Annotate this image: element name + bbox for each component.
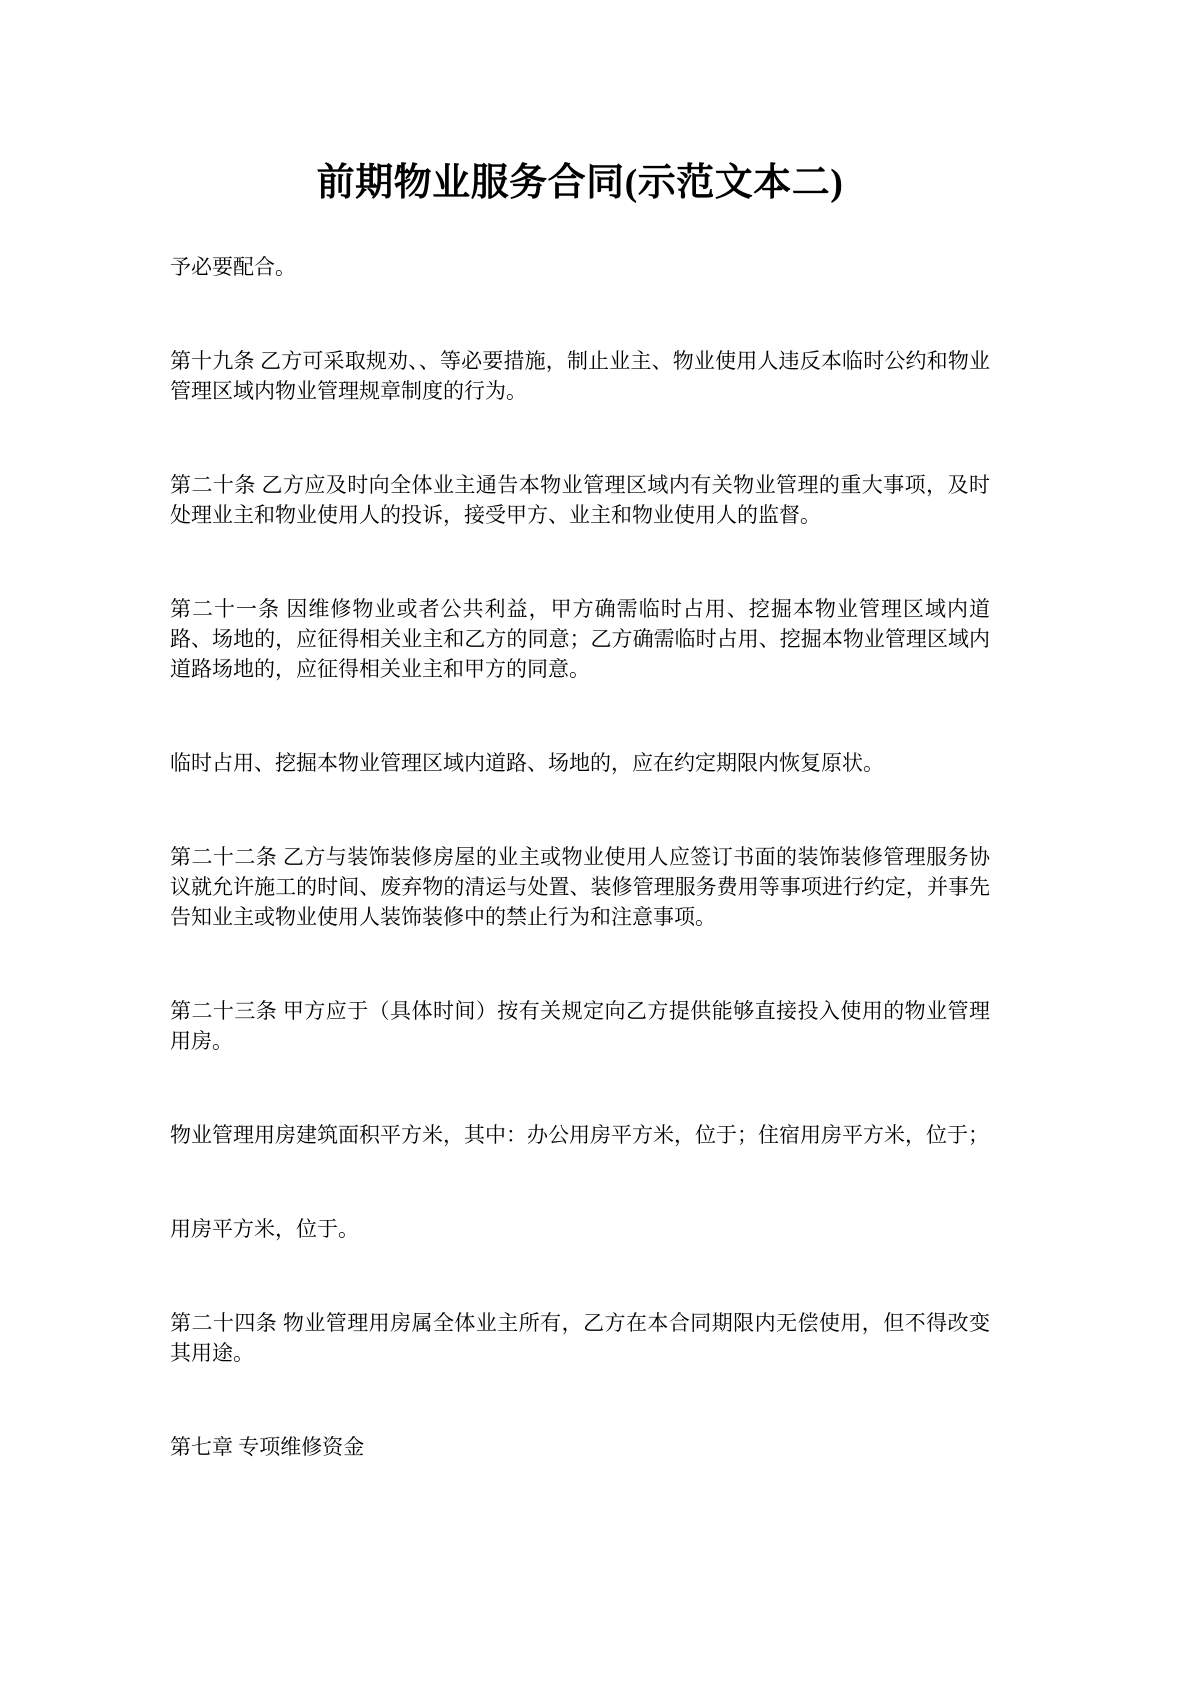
document-title: 前期物业服务合同(示范文本二) xyxy=(170,158,990,208)
paragraph-article-21-supplement: 临时占用、挖掘本物业管理区域内道路、场地的，应在约定期限内恢复原状。 xyxy=(170,748,990,778)
paragraph-intro-fragment: 予必要配合。 xyxy=(170,252,990,282)
document-content: 前期物业服务合同(示范文本二) 予必要配合。 第十九条 乙方可采取规劝、、等必要… xyxy=(0,0,1190,1462)
document-page: 前期物业服务合同(示范文本二) 予必要配合。 第十九条 乙方可采取规劝、、等必要… xyxy=(0,0,1190,1683)
paragraph-management-housing-area: 物业管理用房建筑面积平方米，其中：办公用房平方米，位于；住宿用房平方米，位于； xyxy=(170,1120,990,1150)
paragraph-article-20: 第二十条 乙方应及时向全体业主通告本物业管理区域内有关物业管理的重大事项，及时处… xyxy=(170,470,990,530)
paragraph-article-19: 第十九条 乙方可采取规劝、、等必要措施，制止业主、物业使用人违反本临时公约和物业… xyxy=(170,346,990,406)
paragraph-article-22: 第二十二条 乙方与装饰装修房屋的业主或物业使用人应签订书面的装饰装修管理服务协议… xyxy=(170,842,990,932)
paragraph-housing-location-fragment: 用房平方米，位于。 xyxy=(170,1214,990,1244)
paragraph-article-21: 第二十一条 因维修物业或者公共利益，甲方确需临时占用、挖掘本物业管理区域内道路、… xyxy=(170,594,990,684)
paragraph-article-23: 第二十三条 甲方应于（具体时间）按有关规定向乙方提供能够直接投入使用的物业管理用… xyxy=(170,996,990,1056)
chapter-7-heading: 第七章 专项维修资金 xyxy=(170,1432,990,1462)
paragraph-article-24: 第二十四条 物业管理用房属全体业主所有，乙方在本合同期限内无偿使用，但不得改变其… xyxy=(170,1308,990,1368)
